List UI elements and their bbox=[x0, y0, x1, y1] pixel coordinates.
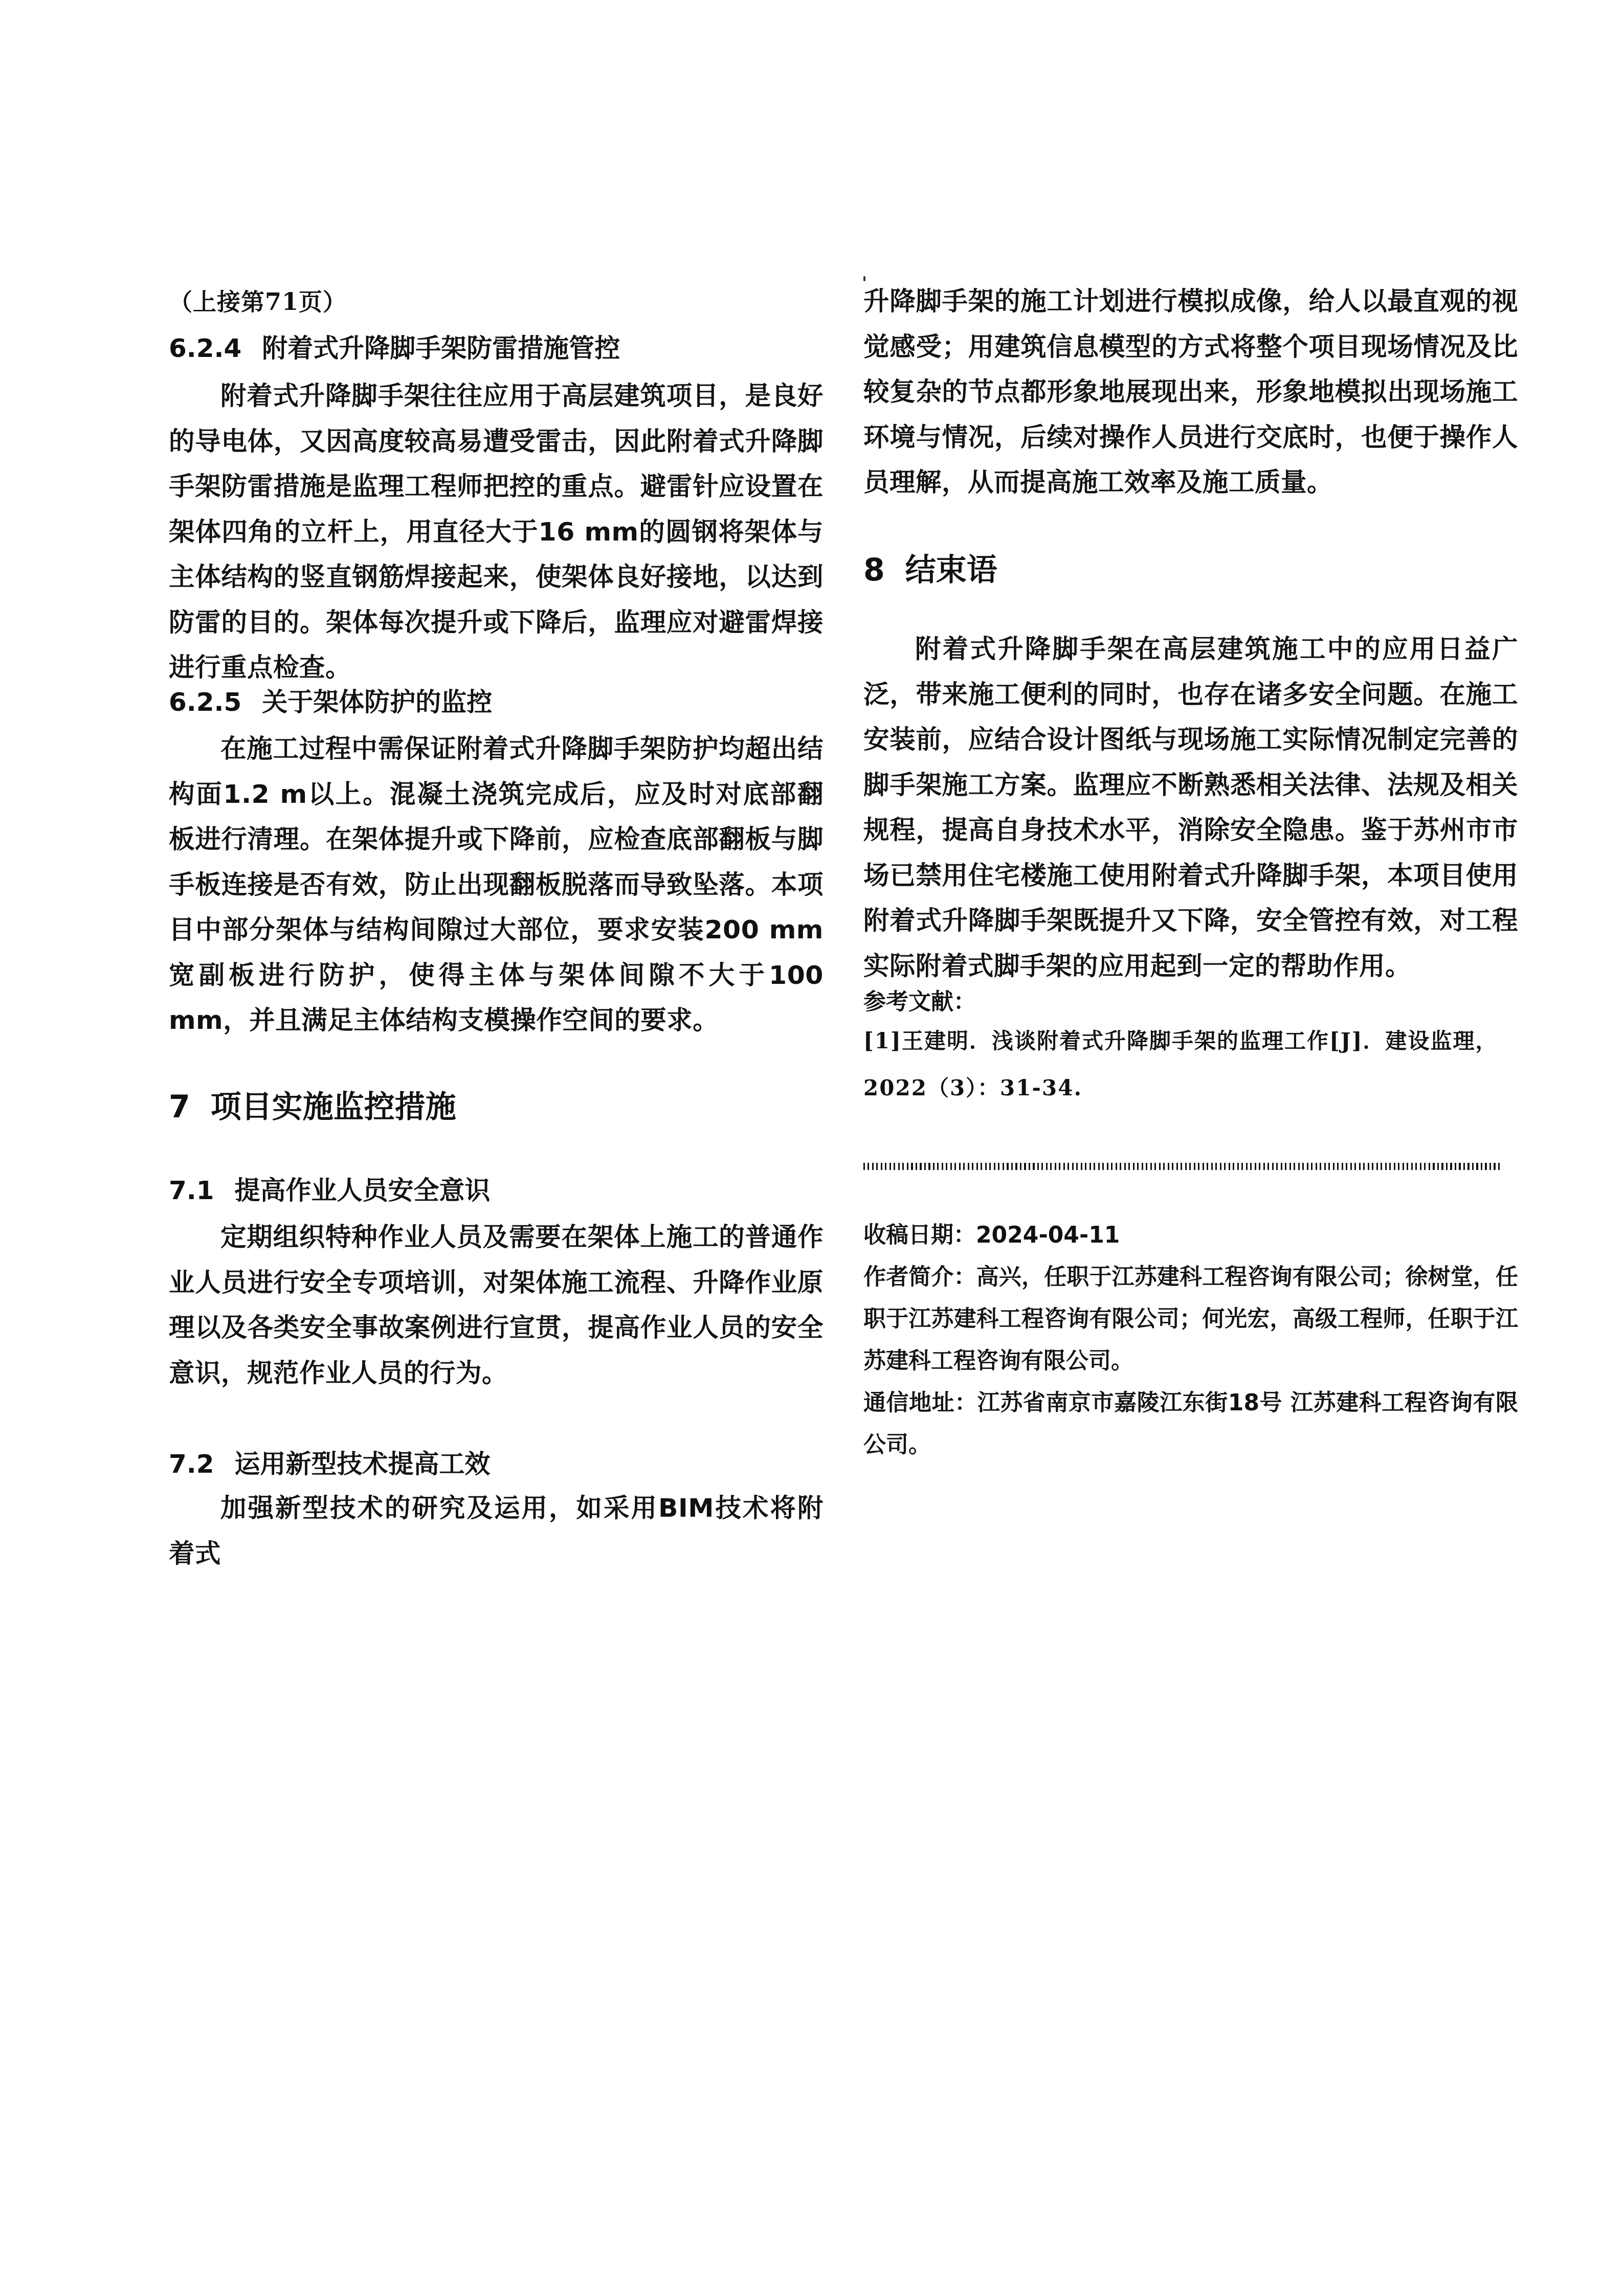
mailing-address-label: 通信地址： bbox=[863, 1390, 977, 1416]
author-bio: 作者简介：高兴，任职于江苏建科工程咨询有限公司；徐树堂，任职于江苏建科工程咨询有… bbox=[863, 1256, 1518, 1382]
paragraph-7-2-continued: 升降脚手架的施工计划进行模拟成像，给人以最直观的视觉感受；用建筑信息模型的方式将… bbox=[863, 279, 1518, 505]
heading-6-2-4: 6.2.4附着式升降脚手架防雷措施管控 bbox=[169, 331, 824, 365]
paragraph-7-1: 定期组织特种作业人员及需要在架体上施工的普通作业人员进行安全专项培训，对架体施工… bbox=[169, 1214, 824, 1395]
section-number: 6.2.4 bbox=[169, 331, 241, 365]
heading-8: 8结束语 bbox=[863, 550, 1518, 591]
reference-item: [1]王建明．浅谈附着式升降脚手架的监理工作[J]．建设监理，2022（3）：3… bbox=[863, 1018, 1518, 1112]
author-bio-label: 作者简介： bbox=[863, 1264, 976, 1290]
section-title: 提高作业人员安全意识 bbox=[235, 1176, 491, 1205]
section-title: 运用新型技术提高工效 bbox=[235, 1449, 491, 1479]
section-divider bbox=[863, 1163, 1500, 1170]
received-date: 收稿日期：2024-04-11 bbox=[863, 1214, 1518, 1256]
heading-7-1: 7.1提高作业人员安全意识 bbox=[169, 1174, 824, 1207]
paragraph-8: 附着式升降脚手架在高层建筑施工中的应用日益广泛，带来施工便利的同时，也存在诸多安… bbox=[863, 626, 1518, 988]
section-number: 8 bbox=[863, 550, 885, 591]
heading-7: 7项目实施监控措施 bbox=[169, 1087, 824, 1128]
section-title: 关于架体防护的监控 bbox=[262, 687, 492, 717]
continued-from-note: （上接第71页） bbox=[169, 286, 824, 317]
section-number: 7.1 bbox=[169, 1174, 214, 1207]
received-date-value: 2024-04-11 bbox=[976, 1222, 1120, 1248]
received-date-label: 收稿日期： bbox=[863, 1222, 976, 1248]
section-title: 项目实施监控措施 bbox=[211, 1089, 456, 1125]
paragraph-7-2: 加强新型技术的研究及运用，如采用BIM技术将附着式 bbox=[169, 1485, 824, 1576]
paragraph-6-2-5: 在施工过程中需保证附着式升降脚手架防护均超出结构面1.2 m以上。混凝土浇筑完成… bbox=[169, 726, 824, 1043]
references-heading: 参考文献： bbox=[863, 987, 1518, 1018]
heading-6-2-5: 6.2.5关于架体防护的监控 bbox=[169, 685, 824, 719]
heading-7-2: 7.2运用新型技术提高工效 bbox=[169, 1447, 824, 1481]
section-title: 附着式升降脚手架防雷措施管控 bbox=[262, 333, 620, 363]
section-number: 7 bbox=[169, 1087, 190, 1128]
paragraph-6-2-4: 附着式升降脚手架往往应用于高层建筑项目，是良好的导电体，又因高度较高易遭受雷击，… bbox=[169, 373, 824, 690]
section-title: 结束语 bbox=[905, 552, 997, 588]
section-number: 7.2 bbox=[169, 1447, 214, 1481]
mailing-address: 通信地址：江苏省南京市嘉陵江东街18号 江苏建科工程咨询有限公司。 bbox=[863, 1382, 1518, 1466]
section-number: 6.2.5 bbox=[169, 685, 241, 719]
